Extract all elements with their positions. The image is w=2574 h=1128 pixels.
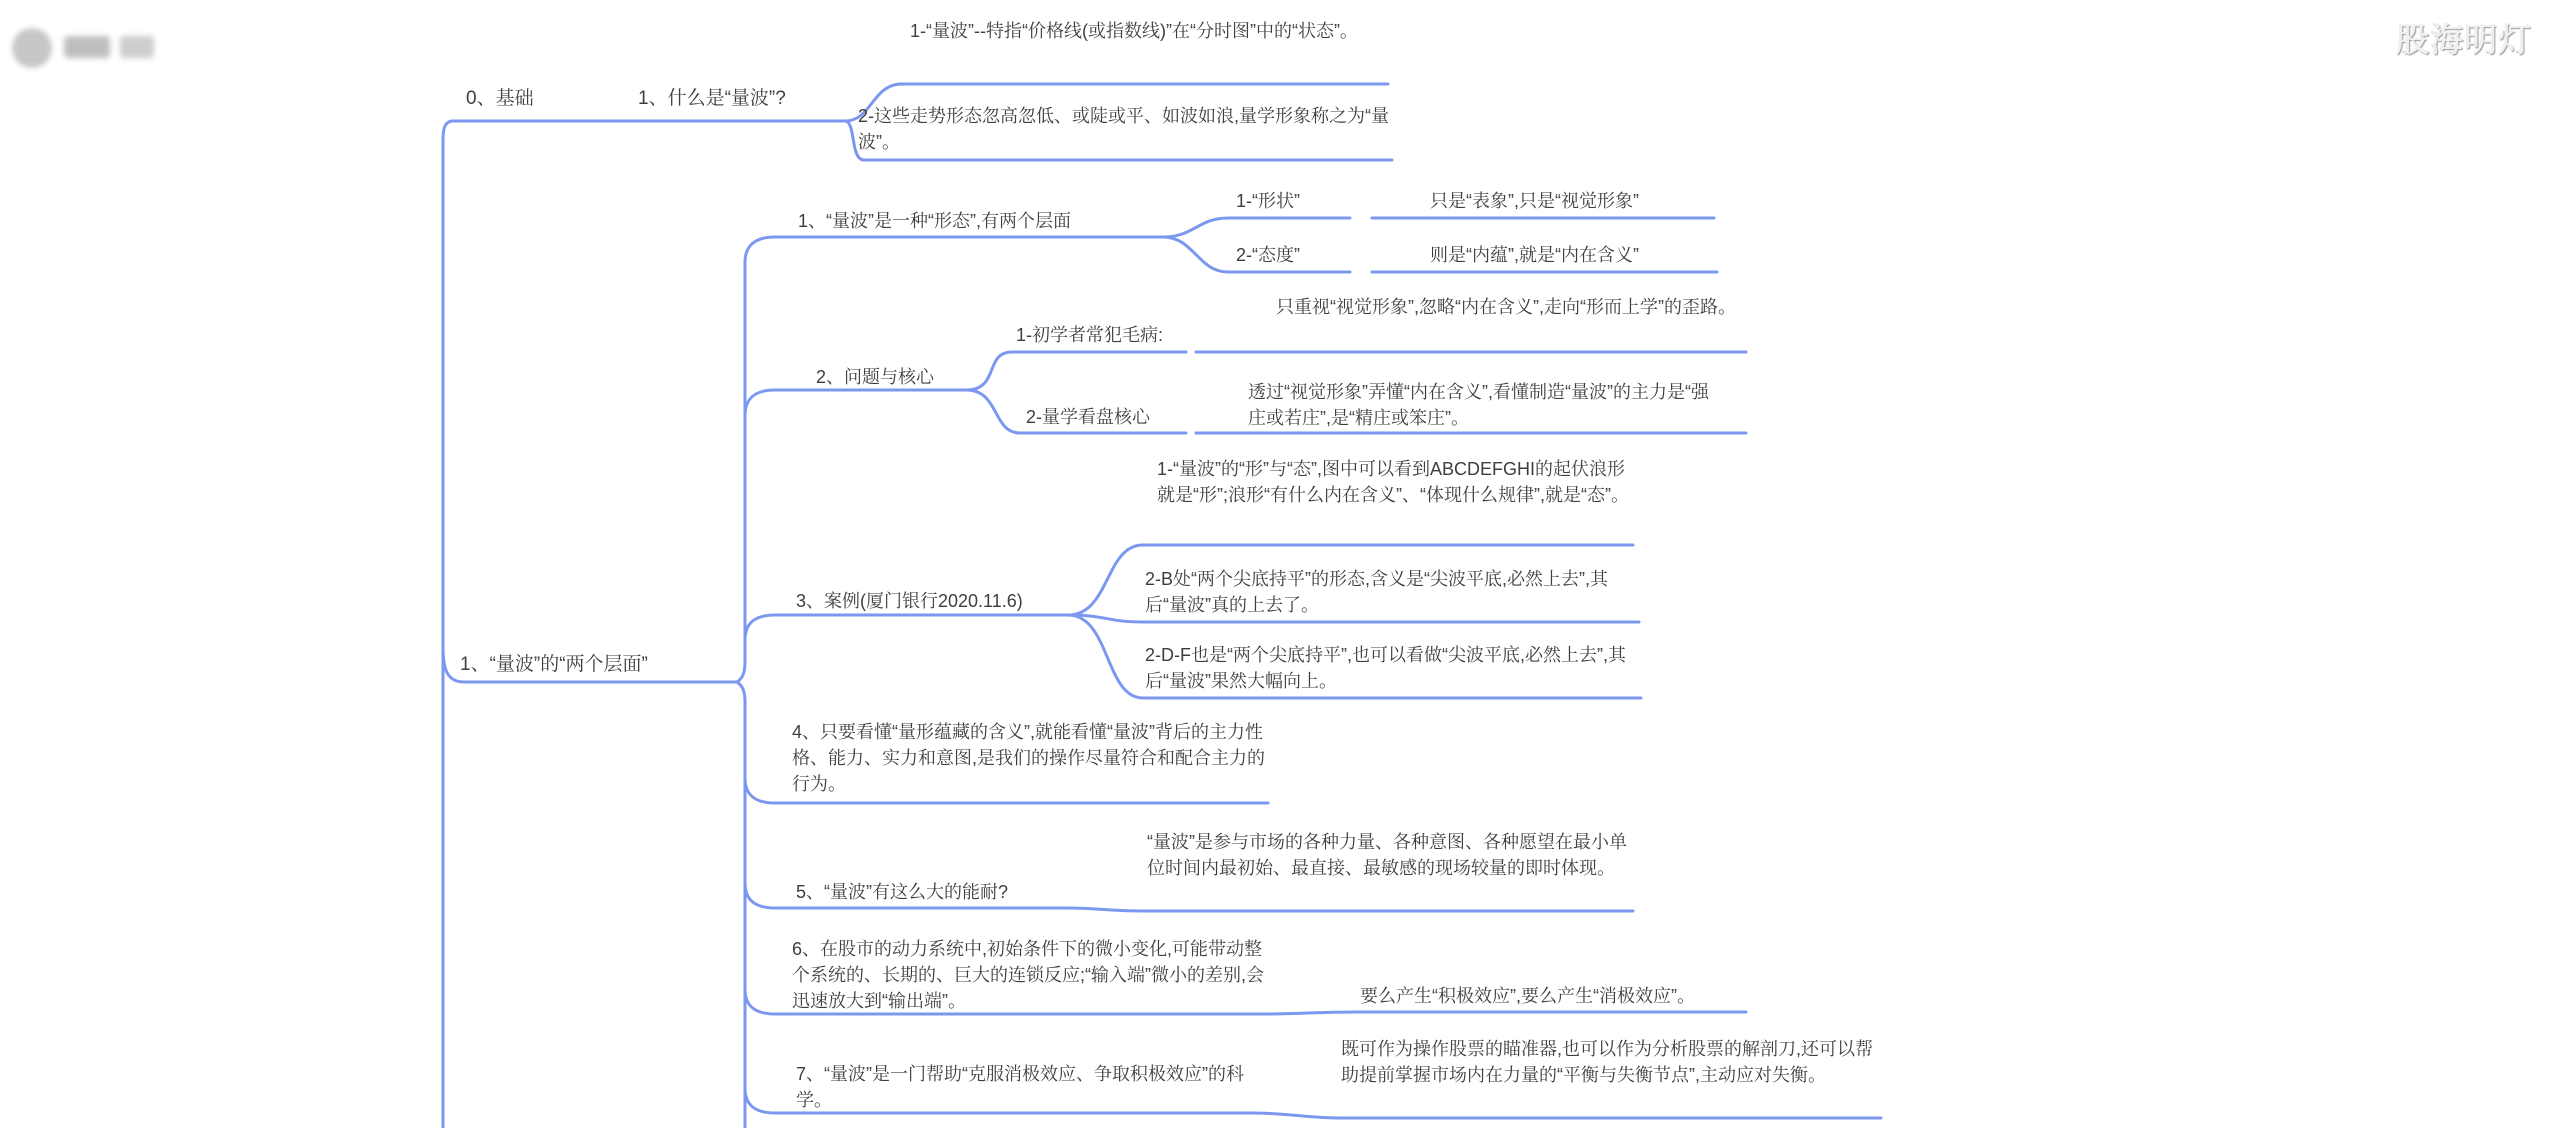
- topic-4-meaning[interactable]: 4、只要看懂“量形蕴藏的含义”,就能看懂“量波”背后的主力性格、能力、实力和意图…: [792, 719, 1274, 797]
- topic-3-note-2[interactable]: 2-B处“两个尖底持平”的形态,含义是“尖波平底,必然上去”,其后“量波”真的上…: [1145, 566, 1637, 618]
- connector-layer: [0, 0, 2574, 1128]
- topic-5-note[interactable]: “量波”是参与市场的各种力量、各种意图、各种愿望在最小单位时间内最初始、最直接、…: [1147, 829, 1633, 881]
- watermark: 股海明灯: [2396, 14, 2532, 61]
- topic-1-shape-label[interactable]: 1-“形状”: [1236, 188, 1300, 214]
- topic-1-shape-note[interactable]: 只是“表象”,只是“视觉形象”: [1430, 188, 1639, 214]
- connector-line: [745, 615, 1068, 640]
- topic-def-1[interactable]: 1-“量波”--特指“价格线(或指数线)”在“分时图”中的“状态”。: [910, 18, 1390, 44]
- connector-line: [1066, 908, 1633, 911]
- topic-7-science[interactable]: 7、“量波”是一门帮助“克服消极效应、争取积极效应”的科学。: [796, 1061, 1266, 1113]
- connector-line: [1263, 1012, 1746, 1014]
- connector-line: [745, 390, 966, 416]
- logo-text-blur: [64, 36, 110, 58]
- connector-line: [737, 682, 745, 1128]
- topic-def-2[interactable]: 2-这些走势形态忽高忽低、或陡或平、如波如浪,量学形象称之为“量波”。: [858, 103, 1400, 155]
- mindmap-canvas: 股海明灯 0、基础 1、什么是“量波”? 1-“量波”--特指“价格线(或指数线…: [0, 0, 2574, 1128]
- logo-text-blur: [120, 36, 154, 58]
- topic-1-attitude-label[interactable]: 2-“态度”: [1236, 242, 1300, 268]
- connector-line: [966, 352, 1186, 390]
- topic-root-basics[interactable]: 0、基础: [466, 86, 534, 112]
- topic-5-capability[interactable]: 5、“量波”有这么大的能耐?: [796, 879, 1008, 905]
- topic-2-beginner-label[interactable]: 1-初学者常犯毛病:: [1016, 322, 1163, 348]
- logo-blurred: [12, 24, 172, 74]
- topic-3-case[interactable]: 3、案例(厦门银行2020.11.6): [796, 588, 1023, 614]
- topic-2-core-label[interactable]: 2-量学看盘核心: [1026, 404, 1150, 430]
- topic-6-dynamics[interactable]: 6、在股市的动力系统中,初始条件下的微小变化,可能带动整个系统的、长期的、巨大的…: [792, 936, 1270, 1014]
- topic-2-beginner-note[interactable]: 只重视“视觉形象”,忽略“内在含义”,走向“形而上学”的歪路。: [1276, 294, 1752, 320]
- topic-1-attitude-note[interactable]: 则是“内蕴”,就是“内在含义”: [1430, 242, 1639, 268]
- topic-2-problem-core[interactable]: 2、问题与核心: [816, 364, 934, 390]
- connector-line: [1163, 218, 1350, 237]
- topic-1-form[interactable]: 1、“量波”是一种“形态”,有两个层面: [798, 208, 1071, 234]
- topic-3-note-1[interactable]: 1-“量波”的“形”与“态”,图中可以看到ABCDEFGHI的起伏浪形就是“形”…: [1157, 456, 1639, 508]
- topic-3-note-3[interactable]: 2-D-F也是“两个尖底持平”,也可以看做“尖波平底,必然上去”,其后“量波”果…: [1145, 642, 1643, 694]
- topic-what-is-liangbo[interactable]: 1、什么是“量波”?: [638, 86, 786, 112]
- topic-2-core-note[interactable]: 透过“视觉形象”弄懂“内在含义”,看懂制造“量波”的主力是“强庄或若庄”,是“精…: [1248, 379, 1720, 431]
- topic-7-note[interactable]: 既可作为操作股票的瞄准器,也可以作为分析股票的解剖刀,还可以帮助提前掌握市场内在…: [1341, 1036, 1887, 1088]
- logo-mark: [12, 28, 52, 68]
- connector-line: [443, 121, 452, 1128]
- connector-line: [1251, 1113, 1881, 1118]
- topic-6-note[interactable]: 要么产生“积极效应”,要么产生“消极效应”。: [1360, 983, 1695, 1009]
- topic-two-layers[interactable]: 1、“量波”的“两个层面”: [460, 652, 648, 678]
